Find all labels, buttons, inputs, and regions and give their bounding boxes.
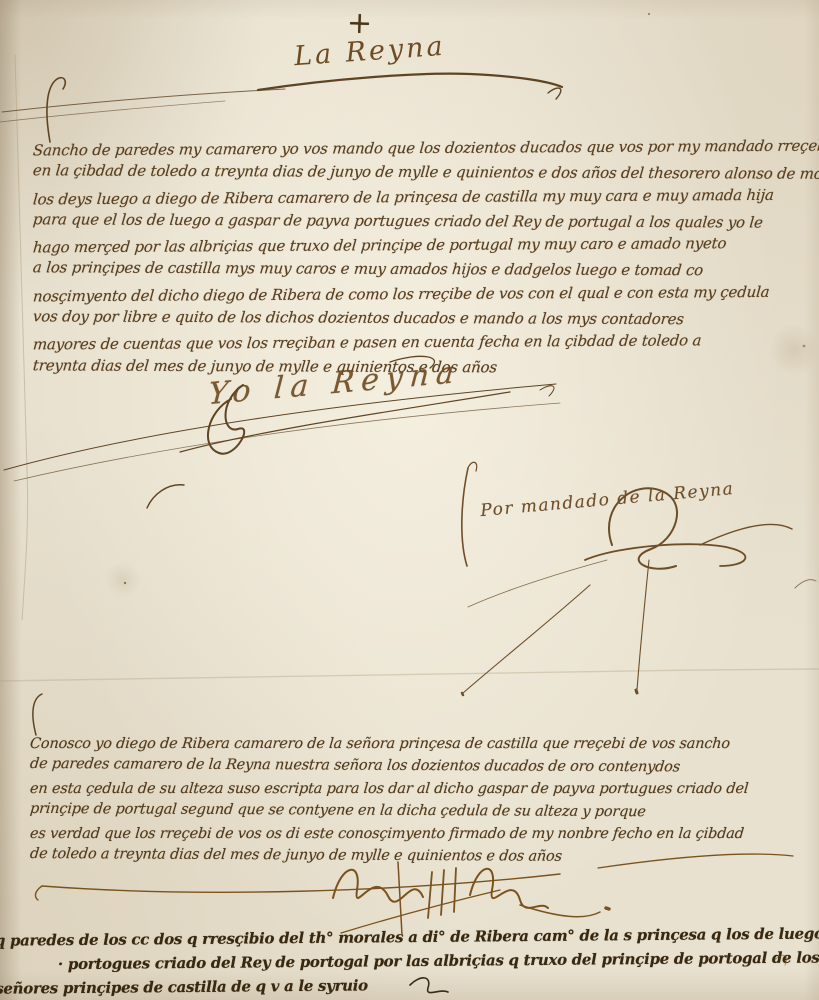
receipt-body: Conosco yo diego de Ribera camarero de l… xyxy=(30,733,810,867)
receipt-line: prinçipe de portugal segund que se conty… xyxy=(29,798,811,824)
manuscript-page: + La Reyna Sancho de paredes my camarero… xyxy=(0,0,819,1000)
letter-line: a los prinçipes de castilla mys muy caro… xyxy=(32,256,812,284)
docket-note: q paredes de los cc dos q rresçibio del … xyxy=(0,922,819,1000)
receipt-line: es verdad que los rreçebi de vos os di e… xyxy=(29,823,811,845)
receipt-line: de paredes camarero de la Reyna nuestra … xyxy=(29,753,811,779)
letter-line: en la çibdad de toledo a treynta dias de… xyxy=(32,159,812,187)
receipt-line: en esta çedula de su alteza suso escript… xyxy=(29,778,811,800)
letter-line: mayores de cuentas que vos los rreçiban … xyxy=(32,328,812,357)
secretary-mandate: Por mandado de la Reyna xyxy=(480,479,735,521)
title-underline-flourish xyxy=(0,74,562,122)
receipt-line: Conosco yo diego de Ribera camarero de l… xyxy=(29,733,811,755)
letter-body: Sancho de paredes my camarero yo vos man… xyxy=(33,136,811,379)
document-title: La Reyna xyxy=(293,31,446,73)
receipt-line: de toledo a treynta dias del mes de juny… xyxy=(29,843,811,869)
